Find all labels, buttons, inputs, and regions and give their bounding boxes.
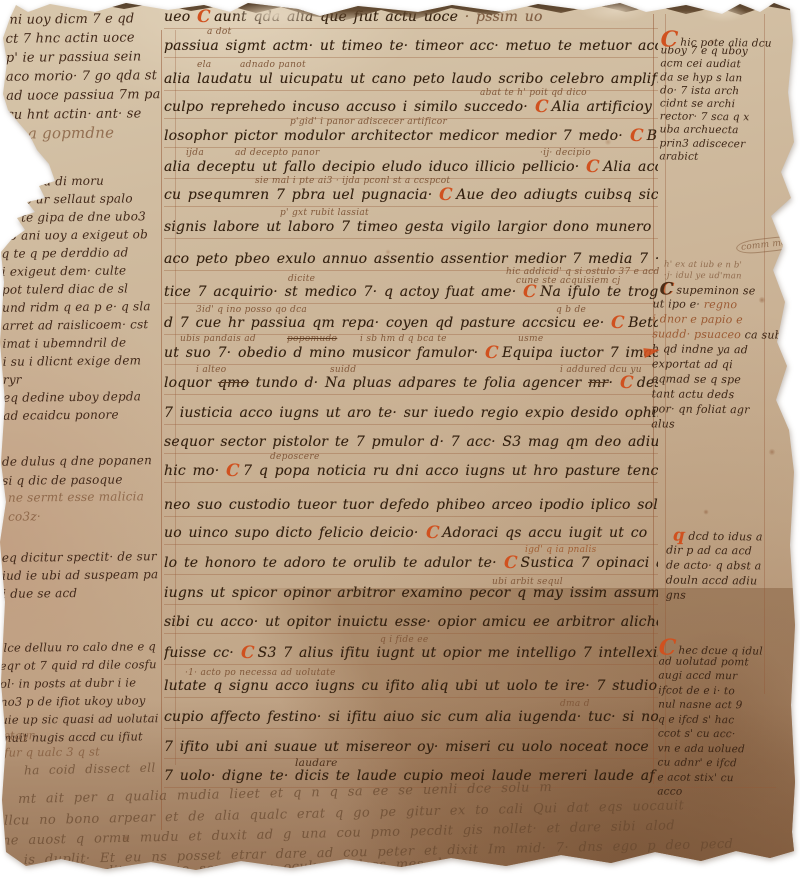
margin-line: ifcot de e i· to [658, 683, 762, 699]
text-segment: supeminon se [676, 284, 755, 298]
margin-line: do· 7 ista arch [660, 84, 771, 98]
text-segment: lo te honoro te adoro te orulib te adulo… [164, 555, 497, 571]
margin-line: ccot s' cu acc· [658, 726, 762, 742]
text-segment: alia deceptu ut fallo decipio eludo iduc… [164, 159, 579, 175]
interlinear-gloss: ela [197, 60, 211, 70]
main-text-line: hic mo·C7 q popa noticia ru dni acco iug… [164, 462, 658, 483]
rubric-paraph: C [657, 640, 678, 654]
margin-line: co3z· [8, 506, 144, 526]
text-segment: tundo d· Na pluas adpares te folia agenc… [249, 375, 588, 391]
text-segment: cupio affecto festino· si ifitu aiuo sic… [164, 709, 658, 725]
text-segment: loquor [164, 375, 218, 391]
margin-line: de acto· q abst a [666, 557, 762, 573]
text-segment: 7 ifito ubi ani suaue ut misereor oy· mi… [164, 739, 649, 755]
margin-line: arret ad raislicoem· cst [2, 315, 151, 335]
margin-line: ne sermt esse malicia [8, 487, 144, 507]
right-margin-block: comm mcd [736, 238, 797, 253]
text-segment: regno [704, 298, 738, 311]
margin-line: por· qn foliat agr [651, 401, 781, 417]
interlinear-gloss: i addured dcu yu [560, 365, 642, 375]
text-segment: fuisse cc· [164, 645, 234, 661]
margin-line: ut ipo e· regno [652, 296, 782, 312]
text-segment: qmo [218, 375, 249, 391]
rubric-paraph: C [196, 10, 213, 24]
text-segment: tice 7 acquirio· st medico 7· q actoy fu… [164, 284, 516, 300]
margin-line: i su i dlicnt exige dem [3, 351, 152, 371]
rubric-paraph: C [659, 32, 680, 46]
margin-line: i dnor e papio e [652, 311, 782, 327]
margin-line: q dic ur sellaut spalo [1, 189, 150, 209]
main-text-line: signis labore ut laboro 7 timeo gesta vi… [164, 218, 658, 239]
margin-line: q e ifcd s' hac [658, 712, 762, 728]
main-text-line: sibi cu acco· ut opitor inuictu esse· op… [164, 613, 658, 634]
text-segment: d 7 cue hr passiua qm repa· coyen qd pas… [164, 315, 604, 331]
margin-line: ilce delluu ro calo dne e q [0, 637, 158, 657]
text-segment: hic mo· [164, 463, 219, 479]
margin-line: cu hnt actin· ant· se [6, 104, 161, 125]
margin-line: vn e ada uolued [658, 741, 762, 757]
interlinear-gloss: usme [518, 334, 543, 344]
left-margin-block: de dulus q dne popanensi q dic de pasoqu… [2, 451, 152, 491]
right-margin-block: qdcd to idus adir p ad ca acdde acto· q … [666, 527, 763, 603]
margin-line: pot tulerd diac de sl [2, 279, 151, 299]
margin-line: Csupeminon se [653, 281, 783, 297]
margin-line: cu adnr' e ifcd [657, 755, 761, 771]
margin-line: qdcd to idus a [666, 527, 762, 543]
interlinear-gloss: 3id' q ino posso qo dca [196, 305, 307, 315]
main-text-line: ueoCaunt qda alia que fiut actu uoce · p… [164, 8, 658, 29]
text-segment: sequor sector pistolor te 7 pmulor d· 7 … [164, 434, 658, 450]
text-segment: ut suo 7· obedio d mino musicor famulor· [164, 345, 478, 361]
interlinear-gloss: ·1· acto po necessa ad uolutate [185, 668, 336, 678]
text-segment: mr [588, 375, 608, 391]
text-segment: cu psequmren 7 pbra uel pugnacia· [164, 187, 432, 203]
main-text-line: tice 7 acquirio· st medico 7· q actoy fu… [164, 283, 658, 304]
main-text-line: cupio affecto festino· si ifitu aiuo sic… [164, 708, 658, 729]
text-segment: Alia artificioy ut phi [552, 99, 658, 115]
text-segment: culpo reprehedo incuso accuso i similo s… [164, 99, 528, 115]
interlinear-gloss: popomudo [287, 334, 337, 344]
margin-line: eqmad se q spe [652, 371, 782, 387]
right-margin-block: Chec dcue q idulad uolutad pomtaugi accd… [657, 639, 763, 800]
interlinear-gloss: ad decepto panor [235, 148, 320, 158]
rubric-paraph: C [618, 376, 635, 390]
margin-line: stayr [4, 726, 100, 744]
text-segment: alia laudatu ul uicupatu ut cano peto la… [164, 71, 658, 87]
margin-line: acm cei audiat [660, 58, 771, 72]
text-segment: 7 iusticia acco iugns ut aro te· sur iue… [164, 405, 658, 421]
margin-line: Chec dcue q idul [659, 639, 763, 655]
margin-line: a gopmdne [28, 124, 114, 143]
text-segment: Adoraci qs accu iugit ut co [442, 525, 647, 541]
margin-line: uh te gipa de dne ubo3 [1, 207, 150, 227]
main-text-line: d 7 cue hr passiua qm repa· coyen qd pas… [164, 314, 658, 335]
margin-line: i due se acd [2, 583, 159, 603]
margin-line: nul nasne act 9 [658, 697, 762, 713]
cursive-line: ha coid dissect ell [24, 761, 156, 778]
text-segment: Sustica 7 opinaci ad [521, 555, 658, 571]
margin-line: mi uoy dicm 7 e qd [5, 9, 160, 30]
rubric-paraph: C [628, 129, 645, 143]
interlinear-gloss: dicite [288, 274, 315, 284]
text-segment: neo suo custodio tueor tuor defedo phibe… [164, 497, 658, 513]
interlinear-gloss: suidd [330, 365, 356, 375]
margin-line: ct 7 hnc actin uoce [6, 28, 161, 49]
text-segment: Na ifulo te trogat [540, 284, 658, 300]
margin-line: p' ie ur passiua sein [6, 47, 161, 68]
left-margin-block: ne sermt esse maliciaco3z· [8, 487, 145, 526]
margin-line: h qd indne ya ad [652, 341, 782, 357]
rubric-paraph: C [239, 646, 256, 660]
margin-line: aco morio· 7 go qda st [6, 66, 161, 87]
main-text-line: iugns ut spicor opinor arbitror examino … [164, 584, 658, 605]
interlinear-gloss: ubi arbit sequl [492, 577, 563, 587]
text-segment: losophor pictor modulor architector medi… [164, 128, 623, 144]
main-text-line: ut suo 7· obedio d mino musicor famulor·… [164, 344, 658, 365]
margin-line: prin3 adiscecer [659, 137, 770, 151]
text-segment: lutate q signu acco iugns cu ifito aliq … [164, 678, 658, 694]
parchment-sheet: ueoCaunt qda alia que fiut actu uoce · p… [0, 0, 800, 879]
interlinear-gloss: igd' q ia pnalis [525, 545, 597, 555]
left-margin-block: a gopmdne [28, 124, 114, 143]
text-segment: Equipa iuctor 7 imacmor [502, 345, 658, 361]
margin-line: gns [666, 587, 762, 603]
text-segment: dcd to idus a [688, 530, 762, 544]
rubric-paraph: C [533, 100, 550, 114]
margin-line: rector· 7 sca q x [660, 111, 771, 125]
right-margin-block: Chic pote alia dcuuboy 7 e q uboyacm cei… [659, 31, 772, 164]
left-margin-block: na i qda di moruq dic ur sellaut spalouh… [1, 171, 152, 425]
main-text-line: lutate q signu acco iugns cu ifito aliq … [164, 677, 658, 698]
interlinear-gloss: ubis pandais ad [180, 334, 256, 344]
margin-line: i exigeut dem· culte [2, 261, 151, 281]
margin-line: augi accd mur [658, 668, 762, 684]
interlinear-gloss: cune ste acquisiem cj [516, 276, 620, 286]
interlinear-gloss: p' gxt rubit lassiat [280, 208, 369, 218]
rubric-paraph: C [522, 285, 539, 299]
main-text-line: uo uinco supo dicto felicio deicio·CAdor… [164, 524, 658, 545]
margin-line: u3 ani uoy a exigeut ob [1, 225, 150, 245]
interlinear-gloss: i sb hm d q bca te [360, 334, 447, 344]
rubric-paraph: C [658, 282, 675, 296]
rubric-paraph: C [424, 526, 441, 540]
interlinear-gloss: sie mal i pte ai3 · ijda pconl st a ccsp… [255, 176, 450, 186]
text-segment: ueo [164, 9, 190, 25]
right-margin-block: Csupeminon seut ipo e· regnoi dnor e pap… [651, 281, 782, 432]
text-segment: But [647, 128, 658, 144]
margin-line: iud ie ubi ad suspeam pa [2, 565, 159, 585]
main-text-line: lo te honoro te adoro te orulib te adulo… [164, 554, 658, 575]
interlinear-gloss: q b de [556, 305, 586, 315]
margin-line: na i qda di moru [1, 171, 150, 191]
rubric-paraph: C [225, 464, 242, 478]
text-segment: sibi cu acco· ut opitor inuictu esse· op… [164, 614, 658, 630]
margin-line: arabict [659, 150, 770, 164]
rubric-paraph: C [438, 188, 455, 202]
main-text-line: losophor pictor modulor architector medi… [164, 127, 658, 148]
margin-line: fur q ualc 3 q st [4, 743, 100, 761]
text-segment: aco peto pbeo exulo annuo assentio assen… [164, 251, 658, 267]
text-segment: Aue deo adiugts cuibsq sic gnis ut [456, 187, 658, 203]
main-text-line: fuisse cc·CS3 7 alius ifitu iugnt ut opi… [164, 644, 658, 665]
main-text-line: sequor sector pistolor te 7 pmulor d· 7 … [164, 433, 658, 454]
margin-line: eq dicitur spectit· de sur [2, 547, 159, 567]
text-segment: suadd· psuaceo [652, 327, 745, 341]
text-segment: · [608, 375, 613, 391]
interlinear-gloss: ·ij· decipio [540, 148, 591, 158]
parchment-wrapper: ueoCaunt qda alia que fiut actu uoce · p… [0, 0, 800, 879]
margin-line: Chic pote alia dcu [661, 31, 772, 45]
interlinear-gloss: deposcere [270, 452, 320, 462]
margin-line: ryr [3, 369, 152, 389]
text-segment: signis labore ut laboro 7 timeo gesta vi… [164, 219, 658, 235]
text-segment: passiua sigmt actm· ut timeo te· timeor … [164, 38, 658, 54]
margin-line: eq dedine uboy depda [3, 387, 152, 407]
interlinear-gloss: abat te h' poit qd dico [480, 88, 587, 98]
margin-line: cidnt se archi [660, 97, 771, 111]
margin-line: da se hyp s lan [660, 71, 771, 85]
margin-line: de dulus q dne popanen [2, 451, 152, 472]
margin-line: e acot stix' cu [657, 770, 761, 786]
margin-line: imat i ubemndril de [2, 333, 151, 353]
margin-line: ad ecaidcu ponore [3, 405, 152, 425]
margin-line: ad uoce passiua 7m pa [6, 85, 161, 106]
margin-line: h' ex at iub e n b' [664, 260, 742, 272]
margin-line: uba archuecta [660, 124, 771, 138]
margin-line: q te q pe derddio ad [1, 243, 150, 263]
text-segment: iugns ut spicor opinor arbitror examino … [164, 585, 658, 601]
text-segment: 7 q popa noticia ru dni acco iugns ut hr… [243, 463, 658, 479]
interlinear-gloss: adnado panot [240, 60, 306, 70]
main-text-line: passiua sigmt actm· ut timeo te· timeor … [164, 37, 658, 58]
interlinear-gloss: dma d [560, 699, 590, 709]
main-text-line: 7 ifito ubi ani suaue ut misereor oy· mi… [164, 738, 658, 759]
left-margin-block: stayrfur q ualc 3 q st [4, 726, 100, 761]
rubric-paraph: C [502, 556, 519, 570]
margin-line: no3 p de ifiot ukoy uboy [0, 691, 159, 711]
text-segment: Alia accsi [603, 159, 658, 175]
margin-line: alus [651, 416, 781, 432]
left-margin-block: eq dicitur spectit· de suriud ie ubi ad … [2, 547, 159, 603]
margin-line: eqr ot 7 quid rd dile cosfu [0, 655, 158, 675]
main-text-line: cu psequmren 7 pbra uel pugnacia·CAue de… [164, 186, 658, 207]
text-segment: S3 7 alius ifitu iugnt ut opior me intel… [258, 645, 658, 661]
margin-line: und ridm q ea p e· q sla [2, 297, 151, 317]
main-text-line: neo suo custodio tueor tuor defedo phibe… [164, 496, 658, 517]
main-text-line: loquor qmo tundo d· Na pluas adpares te … [164, 374, 658, 395]
interlinear-gloss: laudare [295, 757, 338, 769]
interlinear-gloss: a dot [207, 27, 232, 37]
margin-line: exportat ad qi [652, 356, 782, 372]
text-segment: ca sub [745, 328, 782, 341]
text-segment: i dnor e papio e [652, 312, 743, 326]
rubric-paraph: C [610, 316, 627, 330]
main-text-line: 7 iusticia acco iugns ut aro te· sur iue… [164, 404, 658, 425]
manuscript-scan: ueoCaunt qda alia que fiut actu uoce · p… [0, 0, 800, 879]
main-text-line: culpo reprehedo incuso accuso i similo s… [164, 98, 658, 119]
margin-line: tant actu deds [652, 386, 782, 402]
text-segment: uo uinco supo dicto felicio deicio· [164, 525, 419, 541]
margin-line: douln accd adiu [666, 572, 762, 588]
rubric-paraph: q [672, 529, 687, 543]
interlinear-gloss: i alteo [196, 365, 226, 375]
margin-line: suadd· psuaceo ca sub [652, 326, 782, 342]
rubric-paraph: C [585, 160, 602, 174]
interlinear-gloss: ijda [186, 148, 204, 158]
interlinear-gloss: q i fide ee [380, 635, 428, 645]
text-segment: 7 uolo· digne te· dicis te laude cupio m… [164, 768, 655, 784]
interlinear-gloss: p'gid' i panor adiscecer artificor [290, 117, 447, 127]
rubric-paraph: C [484, 346, 501, 360]
margin-line: ol· in posts at dubr i ie [0, 673, 158, 693]
